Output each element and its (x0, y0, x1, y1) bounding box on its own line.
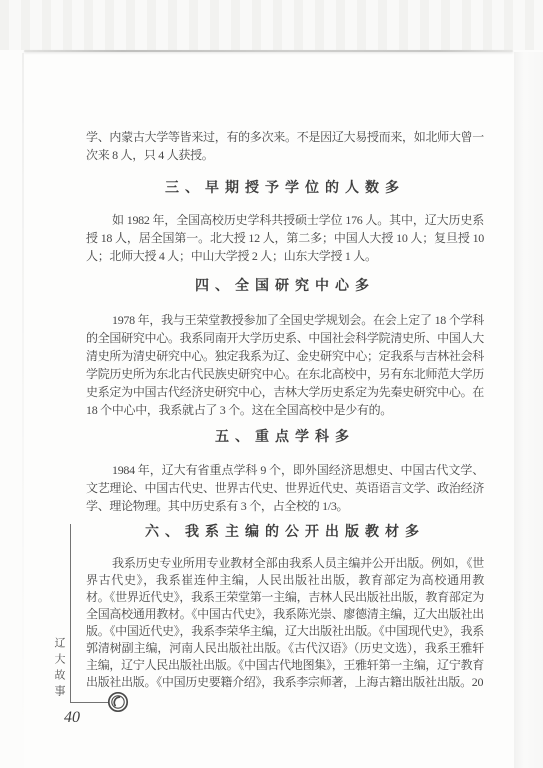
text-line: 出版社出版。《中国历史要籍介绍》，我系李宗师著，上海古籍出版社出版。20 (86, 674, 484, 691)
text-line: 版。《中国近代史》，我系李荣华主编，辽大出版社出版。《中国现代史》，我系 (86, 623, 484, 640)
text-line: 1984 年，辽大有省重点学科 9 个，即外国经济思想史、中国古代文学、 (86, 461, 484, 479)
text-line: 的全国研究中心。我系同南开大学历史系、中国社会科学院清史所、中国人大 (86, 329, 484, 347)
text-line: 授 18 人，居全国第一。北大授 12 人，第二多；中国人大授 10 人；复旦授… (86, 229, 484, 247)
paragraph: 1978 年，我与王荣堂教授参加了全国史学规划会。在会上定了 18 个学科的全国… (86, 311, 484, 419)
text-line: 次来 8 人，只 4 人获授。 (86, 146, 484, 164)
paragraph: 学、内蒙古大学等皆来过，有的多次来。不是因辽大易授而来，如北师大曾一次来 8 人… (86, 128, 484, 164)
text-line: 学、内蒙古大学等皆来过，有的多次来。不是因辽大易授而来，如北师大曾一 (86, 128, 484, 146)
sidebar-vertical-rule (70, 524, 71, 703)
body-text: 学、内蒙古大学等皆来过，有的多次来。不是因辽大易授而来，如北师大曾一次来 8 人… (86, 0, 484, 691)
paragraph: 1984 年，辽大有省重点学科 9 个，即外国经济思想史、中国古代文学、文艺理论… (86, 461, 484, 515)
text-line: 人；北师大授 4 人；中山大学授 2 人；山东大学授 1 人。 (86, 247, 484, 265)
text-line: 文艺理论、中国古代史、世界古代史、世界近代史、英语语言文学、政治经济 (86, 479, 484, 497)
section-heading: 四、全国研究中心多 (86, 275, 484, 295)
sidebar-series-title: 辽大故事 (51, 637, 67, 701)
section-heading: 六、我系主编的公开出版教材多 (86, 521, 484, 541)
chapter-end-ornament-icon (106, 690, 130, 714)
text-line: 郭清树副主编，河南人民出版社出版。《古代汉语》（历史文选），我系王雅轩 (86, 640, 484, 657)
section-heading: 五、重点学科多 (86, 426, 484, 446)
text-line: 我系历史专业所用专业教材全部由我系人员主编并公开出版。例如，《世 (86, 555, 484, 572)
paragraph: 我系历史专业所用专业教材全部由我系人员主编并公开出版。例如，《世界古代史》，我系… (86, 555, 484, 691)
text-line: 1978 年，我与王荣堂教授参加了全国史学规划会。在会上定了 18 个学科 (86, 311, 484, 329)
text-line: 学院历史所为东北古代民族史研究中心。在东北高校中，另有东北师范大学历 (86, 365, 484, 383)
text-line: 如 1982 年，全国高校历史学科共授硕士学位 176 人。其中，辽大历史系 (86, 211, 484, 229)
sidebar-horizontal-rule (70, 702, 108, 703)
text-line: 学、理论物理。其中历史系有 3 个，占全校的 1/3。 (86, 497, 484, 515)
text-line: 界古代史》，我系崔连仲主编，人民出版社出版，教育部定为高校通用教 (86, 572, 484, 589)
text-line: 主编，辽宁人民出版社出版。《中国古代地图集》，王雅轩第一主编，辽宁教育 (86, 657, 484, 674)
text-line: 18 个中心中，我系就占了 3 个。这在全国高校中是少有的。 (86, 401, 484, 419)
text-line: 清史所为清史研究中心。独定我系为辽、金史研究中心；定我系与吉林社会科 (86, 347, 484, 365)
section-heading: 三、早期授予学位的人数多 (86, 177, 484, 197)
page-left-edge (22, 53, 24, 743)
text-line: 全国高校通用教材。《中国古代史》，我系陈光崇、廖德清主编，辽大出版社出 (86, 606, 484, 623)
text-line: 史系定为中国古代经济史研究中心，吉林大学历史系定为先秦史研究中心。在 (86, 383, 484, 401)
page-number: 40 (64, 709, 80, 727)
page-right-edge (514, 52, 543, 768)
paragraph: 如 1982 年，全国高校历史学科共授硕士学位 176 人。其中，辽大历史系授 … (86, 211, 484, 265)
text-line: 材。《世界近代史》，我系王荣堂第一主编，吉林人民出版社出版，教育部定为 (86, 589, 484, 606)
